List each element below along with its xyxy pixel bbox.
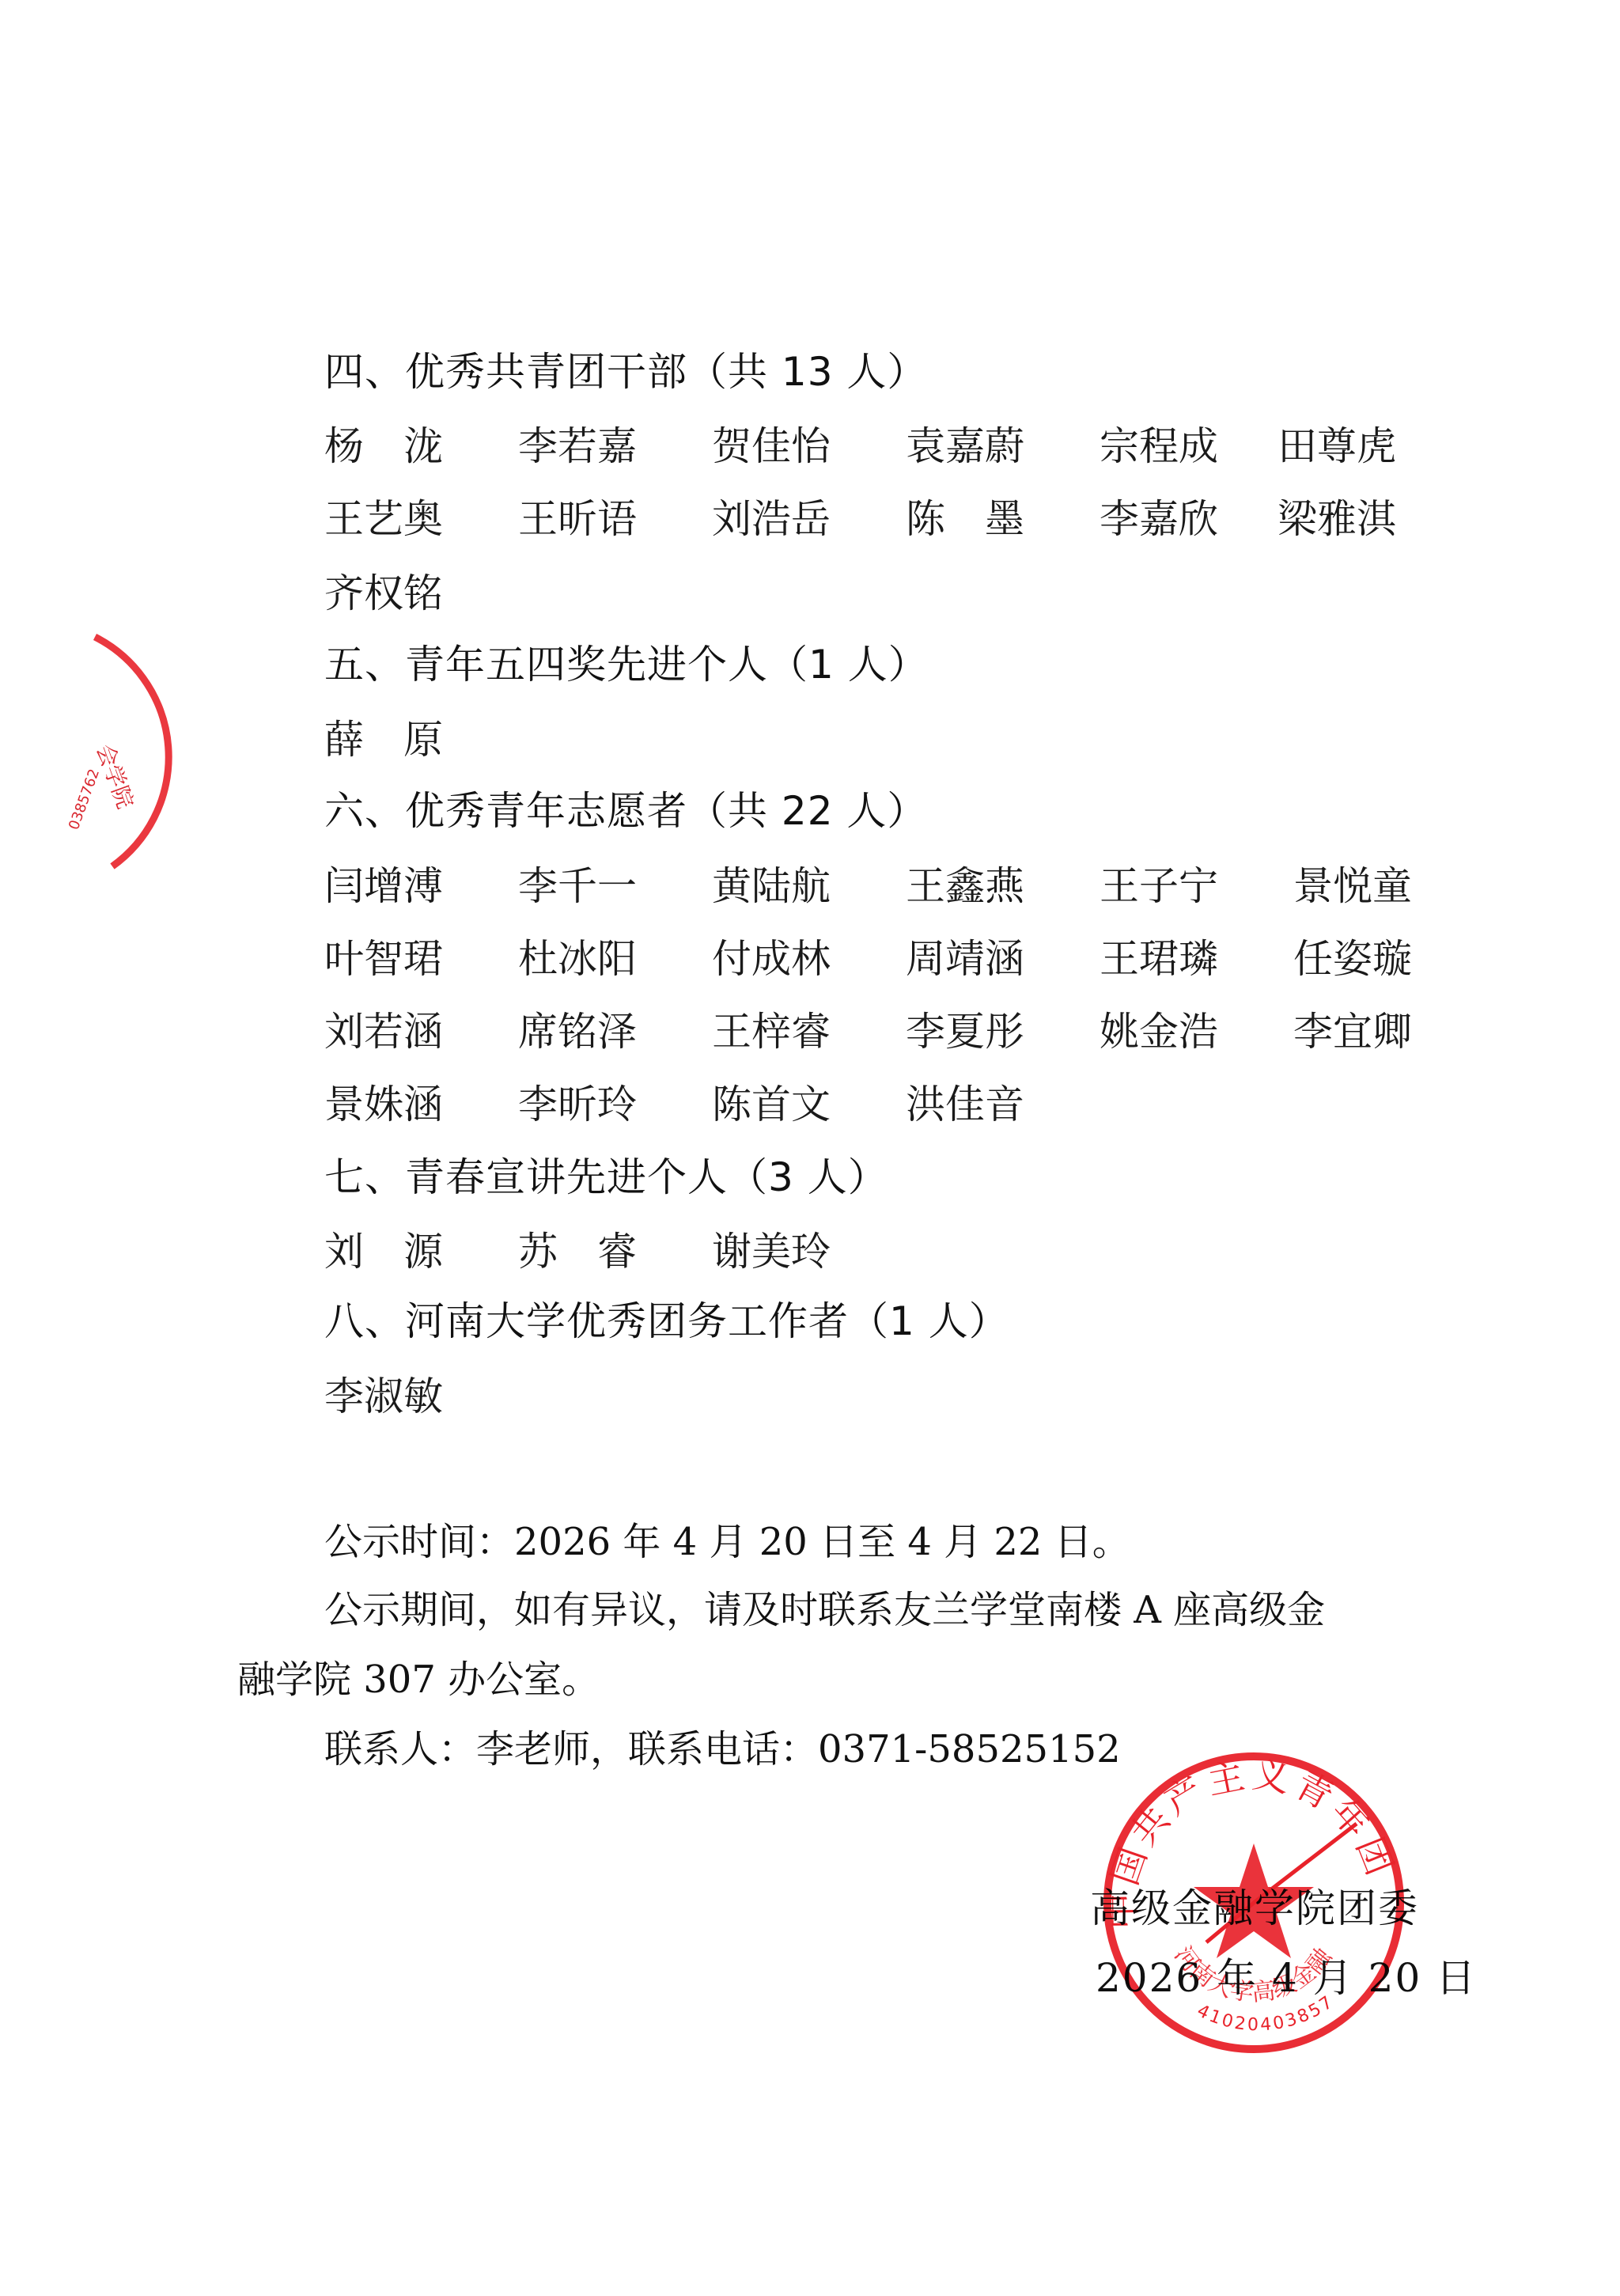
names-row: 杨 泷 李若嘉 贺佳怡 袁嘉蔚 宗程成 田尊虎: [324, 415, 1432, 462]
person-name: 李千一: [518, 854, 637, 911]
person-name: 李若嘉: [518, 415, 637, 472]
names-row: 叶智珺 杜冰阳 付成林 周靖涵 王珺璘 任姿璇: [324, 927, 1432, 975]
section-heading-5: 五、青年五四奖先进个人（1 人）: [324, 633, 929, 690]
person-name: 姚金浩: [1100, 1000, 1218, 1057]
person-name: 梁雅淇: [1277, 487, 1396, 544]
person-name: 谢美玲: [712, 1220, 831, 1277]
person-name: 李嘉欣: [1100, 487, 1218, 544]
names-row: 齐权铭: [324, 562, 1432, 609]
section-heading-8: 八、河南大学优秀团务工作者（1 人）: [324, 1290, 1009, 1347]
person-name: 刘 源: [324, 1220, 443, 1277]
partial-seal-stamp: 会学院 0385762: [0, 629, 174, 882]
person-name: 王艺奥: [324, 487, 443, 544]
person-name: 杜冰阳: [518, 927, 637, 984]
person-name: 王子宁: [1100, 854, 1218, 911]
person-name: 王鑫燕: [906, 854, 1024, 911]
person-name: 齐权铭: [324, 562, 443, 619]
names-row: 闫增溥 李千一 黄陆航 王鑫燕 王子宁 景悦童: [324, 854, 1432, 902]
notice-contact: 联系人：李老师，联系电话：0371-58525152: [324, 1718, 1121, 1773]
person-name: 李淑敏: [324, 1365, 443, 1422]
signature-org: 高级金融学院团委: [1090, 1877, 1419, 1934]
person-name: 苏 睿: [518, 1220, 637, 1277]
section-heading-7: 七、青春宣讲先进个人（3 人）: [324, 1146, 888, 1203]
person-name: 陈 墨: [906, 487, 1024, 544]
person-name: 薛 原: [324, 708, 443, 765]
document-page: 四、优秀共青团干部（共 13 人） 杨 泷 李若嘉 贺佳怡 袁嘉蔚 宗程成 田尊…: [0, 0, 1620, 2296]
person-name: 王昕语: [518, 487, 637, 544]
person-name: 景姝涵: [324, 1073, 443, 1130]
notice-period: 公示时间：2026 年 4 月 20 日至 4 月 22 日。: [324, 1511, 1130, 1566]
svg-text:会学院: 会学院: [91, 741, 138, 812]
names-row: 王艺奥 王昕语 刘浩岳 陈 墨 李嘉欣 梁雅淇: [324, 487, 1432, 535]
names-row: 薛 原: [324, 708, 1432, 756]
person-name: 李昕玲: [518, 1073, 637, 1130]
signature-date: 2026 年 4 月 20 日: [1096, 1946, 1477, 2003]
names-row: 刘 源 苏 睿 谢美玲: [324, 1220, 1432, 1267]
person-name: 田尊虎: [1277, 415, 1396, 472]
names-row: 景姝涵 李昕玲 陈首文 洪佳音: [324, 1073, 1432, 1120]
svg-text:0385762: 0385762: [66, 767, 103, 832]
person-name: 席铭泽: [518, 1000, 637, 1057]
person-name: 景悦童: [1293, 854, 1412, 911]
person-name: 王珺璘: [1100, 927, 1218, 984]
notice-objection-line1: 公示期间，如有异议，请及时联系友兰学堂南楼 A 座高级金: [324, 1579, 1325, 1634]
person-name: 闫增溥: [324, 854, 443, 911]
person-name: 周靖涵: [906, 927, 1024, 984]
section-heading-6: 六、优秀青年志愿者（共 22 人）: [324, 779, 927, 836]
person-name: 王梓睿: [712, 1000, 831, 1057]
person-name: 付成林: [712, 927, 831, 984]
notice-objection-line2: 融学院 307 办公室。: [237, 1649, 600, 1703]
person-name: 任姿璇: [1293, 927, 1412, 984]
person-name: 叶智珺: [324, 927, 443, 984]
person-name: 宗程成: [1100, 415, 1218, 472]
person-name: 洪佳音: [906, 1073, 1024, 1130]
section-heading-4: 四、优秀共青团干部（共 13 人）: [324, 340, 927, 397]
person-name: 李夏彤: [906, 1000, 1024, 1057]
person-name: 袁嘉蔚: [906, 415, 1024, 472]
person-name: 陈首文: [712, 1073, 831, 1130]
person-name: 杨 泷: [324, 415, 443, 472]
person-name: 李宜卿: [1293, 1000, 1412, 1057]
person-name: 刘若涵: [324, 1000, 443, 1057]
names-row: 刘若涵 席铭泽 王梓睿 李夏彤 姚金浩 李宜卿: [324, 1000, 1432, 1048]
names-row: 李淑敏: [324, 1365, 1432, 1412]
person-name: 刘浩岳: [712, 487, 831, 544]
person-name: 贺佳怡: [712, 415, 831, 472]
person-name: 黄陆航: [712, 854, 831, 911]
